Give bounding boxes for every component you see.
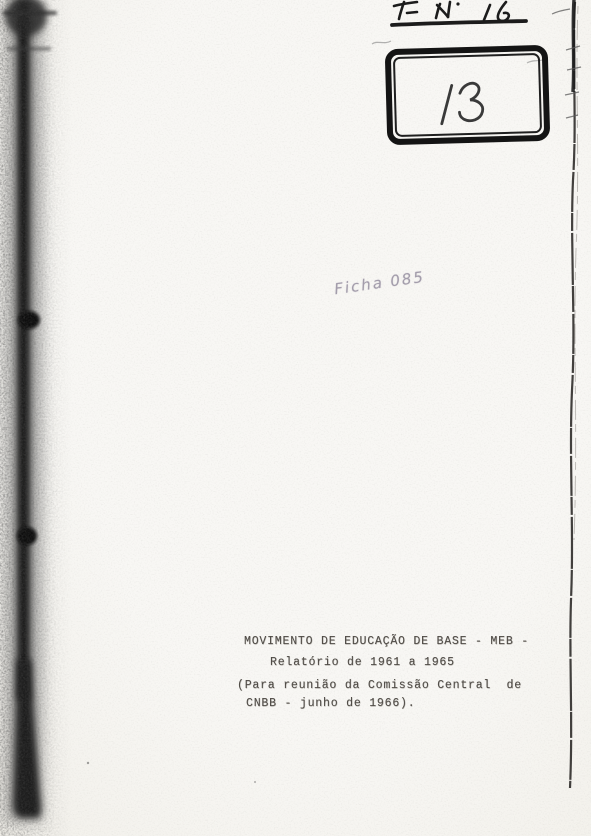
letter-n-right	[448, 2, 450, 17]
binding-top-smudge	[5, 0, 47, 36]
binding-shadow-artifact	[0, 0, 72, 836]
document-title-line: MOVIMENTO DE EDUCAÇÃO DE BASE - MEB -	[244, 635, 529, 648]
right-edge-echo	[574, 6, 578, 540]
binding-top-dash	[3, 11, 57, 15]
ordinal-dot	[456, 2, 459, 5]
document-note-line-1: (Para reunião da Comissão Central de	[237, 679, 522, 692]
speck	[87, 762, 89, 764]
binding-core-bottom	[13, 660, 41, 818]
stamp-number-handwritten	[432, 76, 504, 134]
letter-f-bar	[394, 2, 417, 6]
edge-hatch-marks	[552, 9, 581, 118]
digit-3	[459, 83, 483, 121]
top-right-handwritten-note	[390, 0, 530, 28]
digit-1-stroke	[484, 5, 490, 20]
binding-grain	[0, 0, 68, 822]
document-note-line-2: CNBB - junho de 1966).	[246, 697, 415, 710]
digit-1	[441, 85, 453, 123]
right-edge-line	[570, 2, 575, 788]
fold-mark	[372, 41, 391, 44]
dash-after-f	[407, 12, 417, 13]
stamp-box	[385, 45, 551, 146]
scanned-page: Ficha 085 MOVIMENTO DE EDUCAÇÃO DE BASE …	[0, 0, 591, 836]
ficha-pencil-note: Ficha 085	[333, 268, 426, 299]
binding-second-dash	[7, 47, 51, 51]
binding-halo	[6, 0, 42, 822]
digit-6-stroke	[498, 2, 509, 21]
document-subtitle-line: Relatório de 1961 a 1965	[270, 656, 455, 669]
binding-rivet-bottom	[17, 527, 37, 545]
binding-rivet-top	[18, 311, 40, 329]
binding-core	[17, 0, 30, 700]
underline-stroke	[392, 21, 526, 25]
speck	[254, 781, 256, 783]
right-edge-top	[573, 0, 574, 92]
